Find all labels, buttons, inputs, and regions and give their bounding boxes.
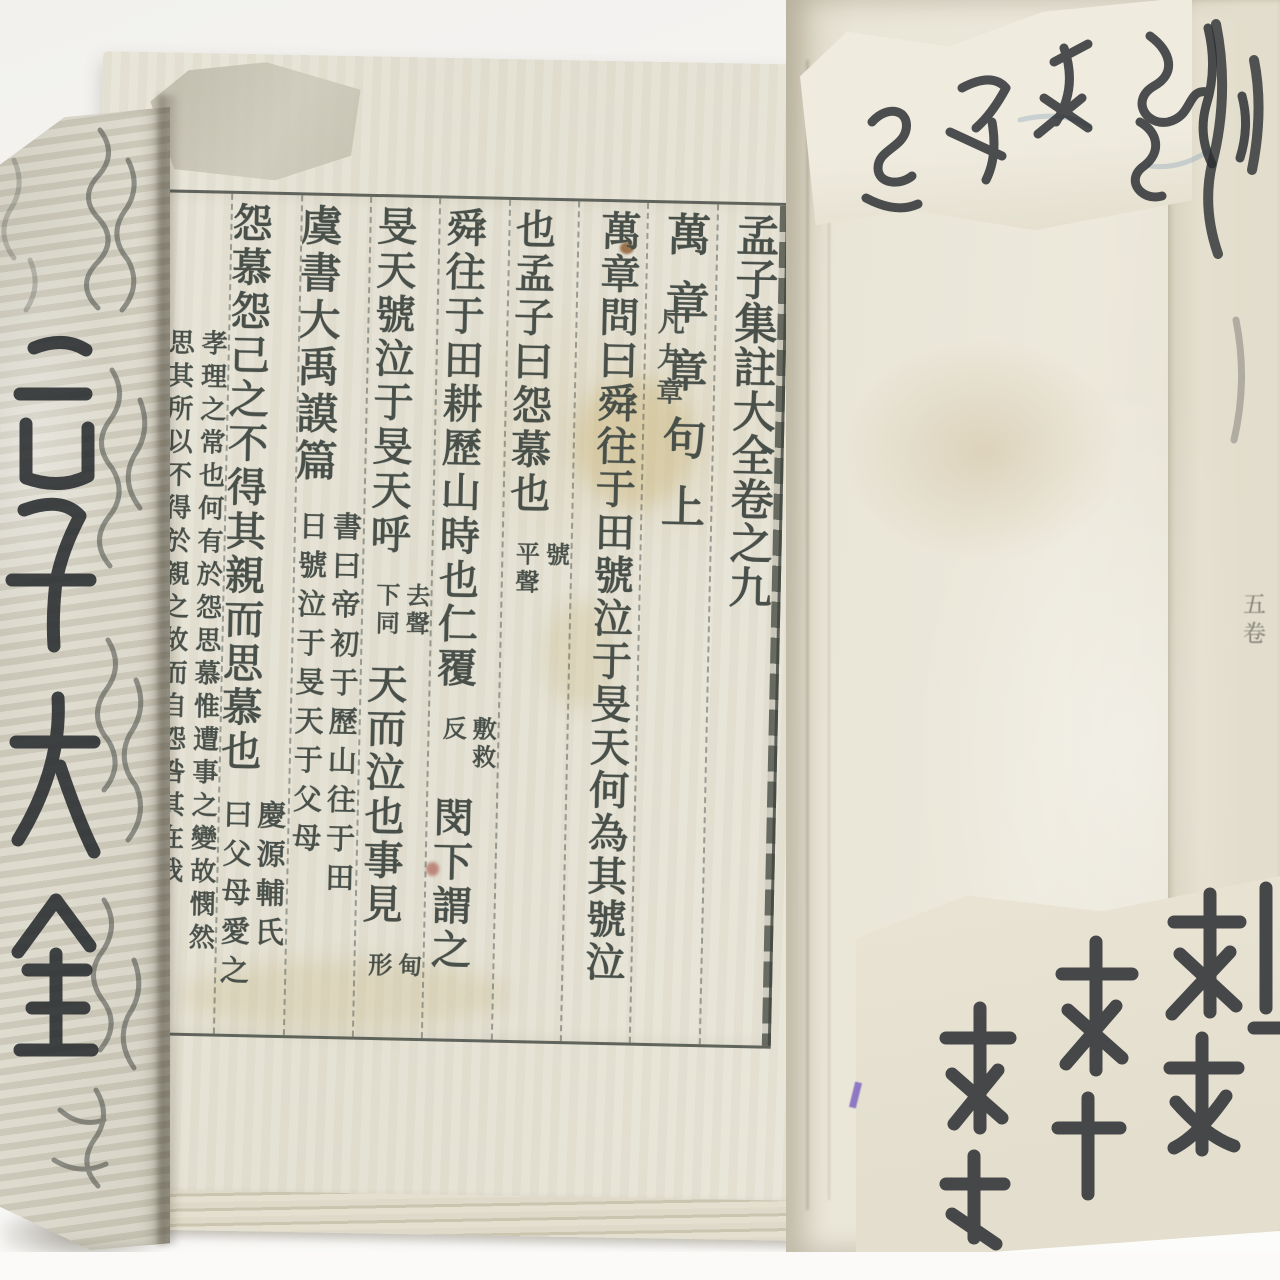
book-photograph: 孟子集註大全卷之九 萬章章句上 凡九章 萬章問曰舜往于田號泣于旻天何為其號泣 也… bbox=[0, 0, 1280, 1280]
gloss-right: 甸 bbox=[392, 952, 423, 981]
interlinear-note: 書曰帝初于歷山往于田 日號泣于旻天于父母 bbox=[287, 510, 363, 901]
bottom-right-handwriting bbox=[858, 878, 1280, 1270]
commentary-text: 閔下謂之 bbox=[424, 796, 475, 973]
edge-handwriting bbox=[1180, 0, 1280, 880]
gloss-left: 反 bbox=[436, 715, 467, 772]
pronunciation-gloss: 號 平聲 bbox=[510, 541, 571, 598]
commentary-text: 天而泣也事見 bbox=[356, 663, 409, 928]
main-text: 也孟子曰怨慕也 bbox=[503, 208, 557, 517]
pronunciation-gloss: 去聲 下同 bbox=[370, 582, 431, 639]
cursive-strokes bbox=[946, 888, 1280, 1244]
section-note: 凡九章 bbox=[647, 307, 688, 413]
cursive-strokes bbox=[1208, 24, 1258, 440]
text-columns: 孟子集註大全卷之九 萬章章句上 凡九章 萬章問曰舜往于田號泣于旻天何為其號泣 也… bbox=[146, 192, 786, 1045]
commentary-text: 旻天號泣于旻天呼 bbox=[364, 205, 419, 558]
pencil-note: 五卷 bbox=[1236, 592, 1269, 650]
pronunciation-gloss: 甸 形 bbox=[362, 952, 423, 981]
left-page-handwriting bbox=[0, 100, 176, 1250]
gloss-left: 平聲 bbox=[510, 541, 541, 598]
backdrop bbox=[0, 1252, 1280, 1280]
work-title: 孟子集註大全卷之九 bbox=[721, 213, 780, 610]
gloss-left: 形 bbox=[362, 952, 393, 981]
main-text: 萬章問曰舜往于田號泣于旻天何為其號泣 bbox=[578, 210, 642, 985]
gloss-right: 敷救 bbox=[466, 716, 497, 773]
interlinear-note: 慶源輔氏 曰父母愛之 bbox=[215, 799, 287, 995]
pronunciation-gloss: 敷救 反 bbox=[436, 715, 497, 772]
scribble-strokes bbox=[4, 130, 145, 1186]
gloss-left: 下同 bbox=[370, 582, 401, 639]
text-frame: 孟子集註大全卷之九 萬章章句上 凡九章 萬章問曰舜往于田號泣于旻天何為其號泣 也… bbox=[143, 189, 789, 1048]
note-left: 曰父母愛之 bbox=[215, 799, 253, 995]
note-right: 慶源輔氏 bbox=[249, 799, 287, 995]
gloss-right: 號 bbox=[540, 542, 571, 599]
gloss-right: 去聲 bbox=[400, 583, 431, 640]
gutter-crease bbox=[806, 60, 809, 1210]
large-inscription-strokes bbox=[12, 342, 94, 1050]
